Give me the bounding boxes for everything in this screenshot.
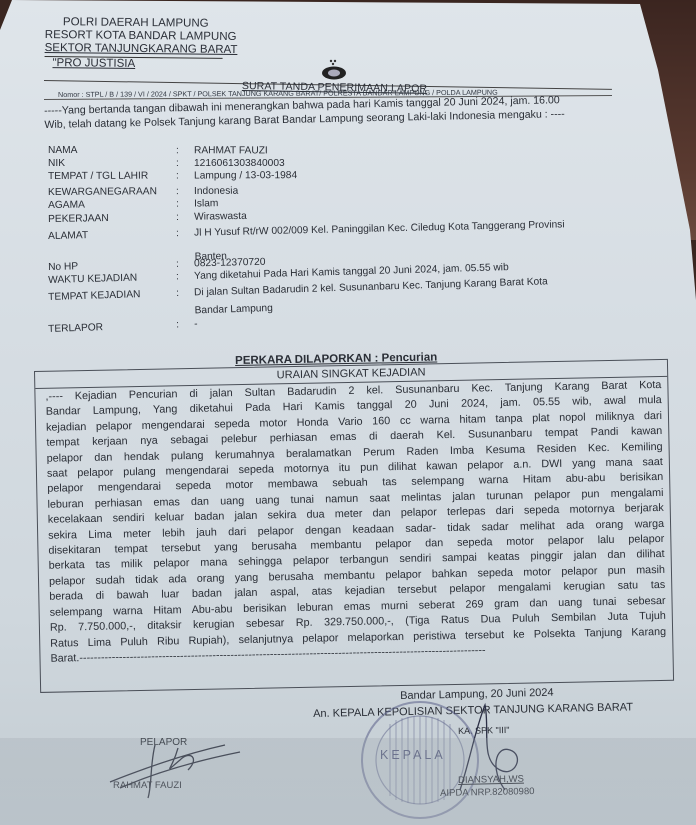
field-label: TEMPAT KEJADIAN [48,288,178,303]
field-separator: : [176,186,179,197]
field-separator: : [176,199,179,210]
letterhead-line-3: SEKTOR TANJUNGKARANG BARAT [45,42,238,57]
field-label: ALAMAT [48,228,178,242]
field-row: TERLAPOR:- [48,303,648,324]
field-label: TEMPAT / TGL LAHIR [48,171,178,182]
field-row: NAMA:RAHMAT FAUZI [48,145,648,146]
field-value: RAHMAT FAUZI [194,145,268,156]
incident-summary-body: ,---- Kejadian Pencurian di jalan Sultan… [35,377,672,667]
field-label: PEKERJAAN [48,212,178,225]
field-separator: : [176,228,179,239]
incident-summary-box: URAIAN SINGKAT KEJADIAN ,---- Kejadian P… [34,359,674,693]
field-label: TERLAPOR [48,319,178,335]
field-label: NAMA [48,145,178,156]
field-value: - [194,319,198,330]
field-value: Wiraswasta [194,211,247,223]
letterhead-line-4: "PRO JUSTISIA [44,57,237,72]
field-row: KEWARGANEGARAAN:Indonesia [48,183,648,187]
photo-shadow [0,738,696,825]
field-separator: : [176,158,179,169]
field-value: 1216061303840003 [194,158,285,169]
field-separator: : [176,288,179,299]
field-label: KEWARGANEGARAAN [48,186,178,198]
field-label: NIK [48,158,178,169]
police-emblem-icon [317,59,351,81]
field-separator: : [176,145,179,156]
field-separator: : [176,319,179,330]
field-value-continued: Bandar Lampung [194,303,272,316]
field-separator: : [176,171,179,182]
field-label: AGAMA [48,199,178,211]
field-value: Jl H Yusuf Rt/rW 002/009 Kel. Paninggila… [194,219,565,238]
letterhead: POLRI DAERAH LAMPUNG RESORT KOTA BANDAR … [44,16,237,72]
field-value: Lampung / 13-03-1984 [194,170,297,181]
field-value: Indonesia [194,186,238,197]
field-row: TEMPAT / TGL LAHIR:Lampung / 13-03-1984 [48,169,648,171]
field-label: No HP [48,259,178,273]
police-report-document: POLRI DAERAH LAMPUNG RESORT KOTA BANDAR … [0,0,696,825]
field-separator: : [176,212,179,223]
field-value: 0823-12370720 [194,257,266,270]
field-value: Islam [194,198,218,209]
field-separator: : [176,259,179,270]
field-separator: : [176,271,179,282]
field-row: No HP:0823-12370720 [48,247,648,262]
field-label: WAKTU KEJADIAN [48,271,178,286]
